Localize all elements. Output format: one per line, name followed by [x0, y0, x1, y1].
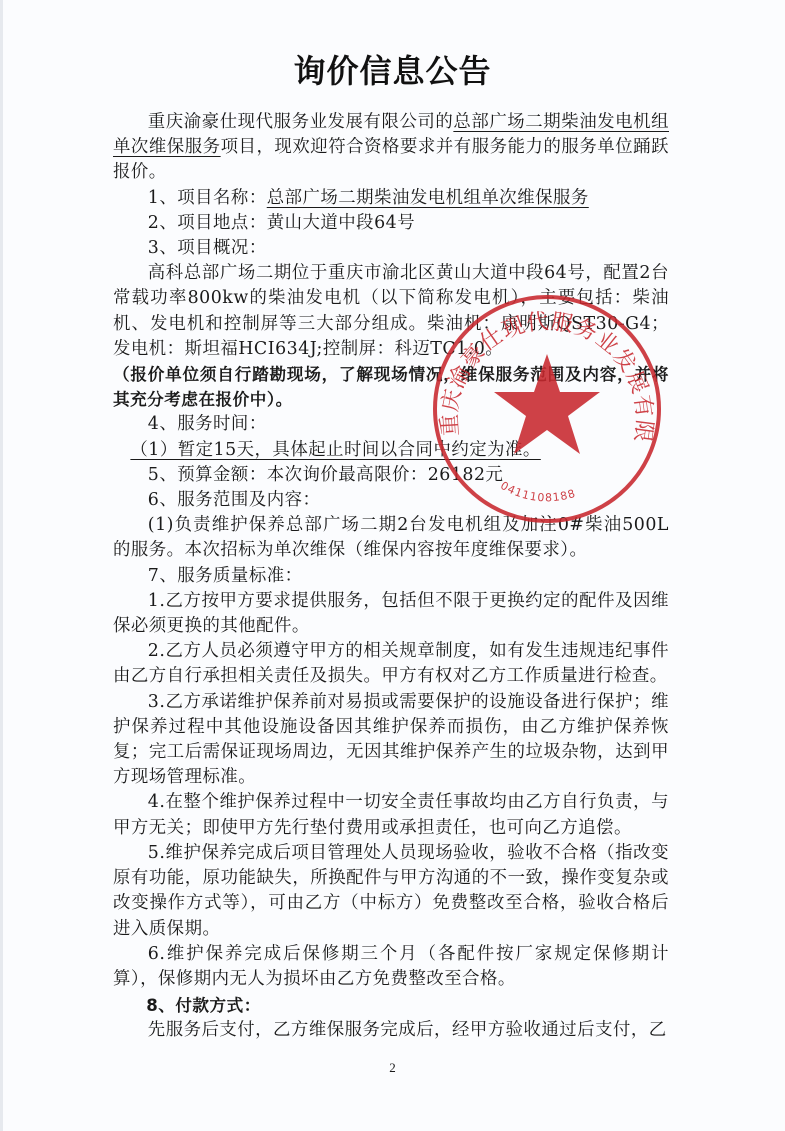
document-body: 重庆渝豪仕现代服务业发展有限公司的总部广场二期柴油发电机组单次维保服务项目，现欢…	[113, 110, 669, 1044]
section-3-note: （报价单位须自行踏勘现场，了解现场情况，维保服务范围及内容，并将其充分考虑在报价…	[113, 362, 669, 412]
project-location-value: 黄山大道中段64号	[267, 213, 415, 233]
section-7-label: 7、服务质量标准：	[113, 564, 669, 589]
section-5-label: 5、预算金额：	[148, 465, 267, 485]
document-page: 询价信息公告 重庆渝豪仕现代服务业发展有限公司的总部广场二期柴油发电机组单次维保…	[0, 0, 785, 1131]
section-4-label: 4、服务时间：	[113, 412, 669, 437]
budget-value: 本次询价最高限价：26182元	[267, 465, 504, 485]
section-8-label: 8、付款方式：	[113, 993, 669, 1018]
section-1: 1、项目名称：总部广场二期柴油发电机组单次维保服务	[113, 186, 669, 211]
quality-item: 2.乙方人员必须遵守甲方的相关规章制度，如有发生违规违纪事件由乙方自行承担相关责…	[113, 639, 669, 689]
section-6-item: (1)负责维护保养总部广场二期2台发电机组及加注0#柴油500L的服务。本次招标…	[113, 513, 669, 563]
section-2-label: 2、项目地点：	[148, 213, 267, 233]
scan-edge	[0, 0, 3, 1131]
intro-paragraph: 重庆渝豪仕现代服务业发展有限公司的总部广场二期柴油发电机组单次维保服务项目，现欢…	[113, 110, 669, 186]
section-3-text: 高科总部广场二期位于重庆市渝北区黄山大道中段64号，配置2台常载功率800kw的…	[113, 261, 669, 362]
quality-item: 5.维护保养完成后项目管理处人员现场验收，验收不合格（指改变原有功能，原功能缺失…	[113, 841, 669, 942]
section-5: 5、预算金额：本次询价最高限价：26182元	[113, 463, 669, 488]
quality-item: 1.乙方按甲方要求提供服务，包括但不限于更换约定的配件及因维保必须更换的其他配件…	[113, 589, 669, 639]
quality-item: 6.维护保养完成后保修期三个月（各配件按厂家规定保修期计算），保修期内无人为损坏…	[113, 942, 669, 992]
section-6-label: 6、服务范围及内容：	[113, 488, 669, 513]
section-8-text: 先服务后支付，乙方维保服务完成后，经甲方验收通过后支付，乙	[113, 1018, 669, 1043]
section-2: 2、项目地点：黄山大道中段64号	[113, 211, 669, 236]
quality-item: 4.在整个维护保养过程中一切安全责任事故均由乙方自行负责，与甲方无关；即使甲方先…	[113, 790, 669, 840]
section-3-label: 3、项目概况：	[113, 236, 669, 261]
section-4-item: （1）暂定15天，具体起止时间以合同中约定为准。	[113, 438, 669, 463]
page-number: 2	[0, 1060, 785, 1076]
page-title: 询价信息公告	[0, 46, 785, 92]
section-1-label: 1、项目名称：	[148, 188, 267, 208]
service-time-item: （1）暂定15天，具体起止时间以合同中约定为准。	[130, 440, 540, 460]
quality-item: 3.乙方承诺维护保养前对易损或需要保护的设施设备进行保护；维护保养过程中其他设施…	[113, 690, 669, 791]
project-name-value: 总部广场二期柴油发电机组单次维保服务	[267, 188, 589, 208]
intro-prefix: 重庆渝豪仕现代服务业发展有限公司的	[148, 112, 454, 132]
